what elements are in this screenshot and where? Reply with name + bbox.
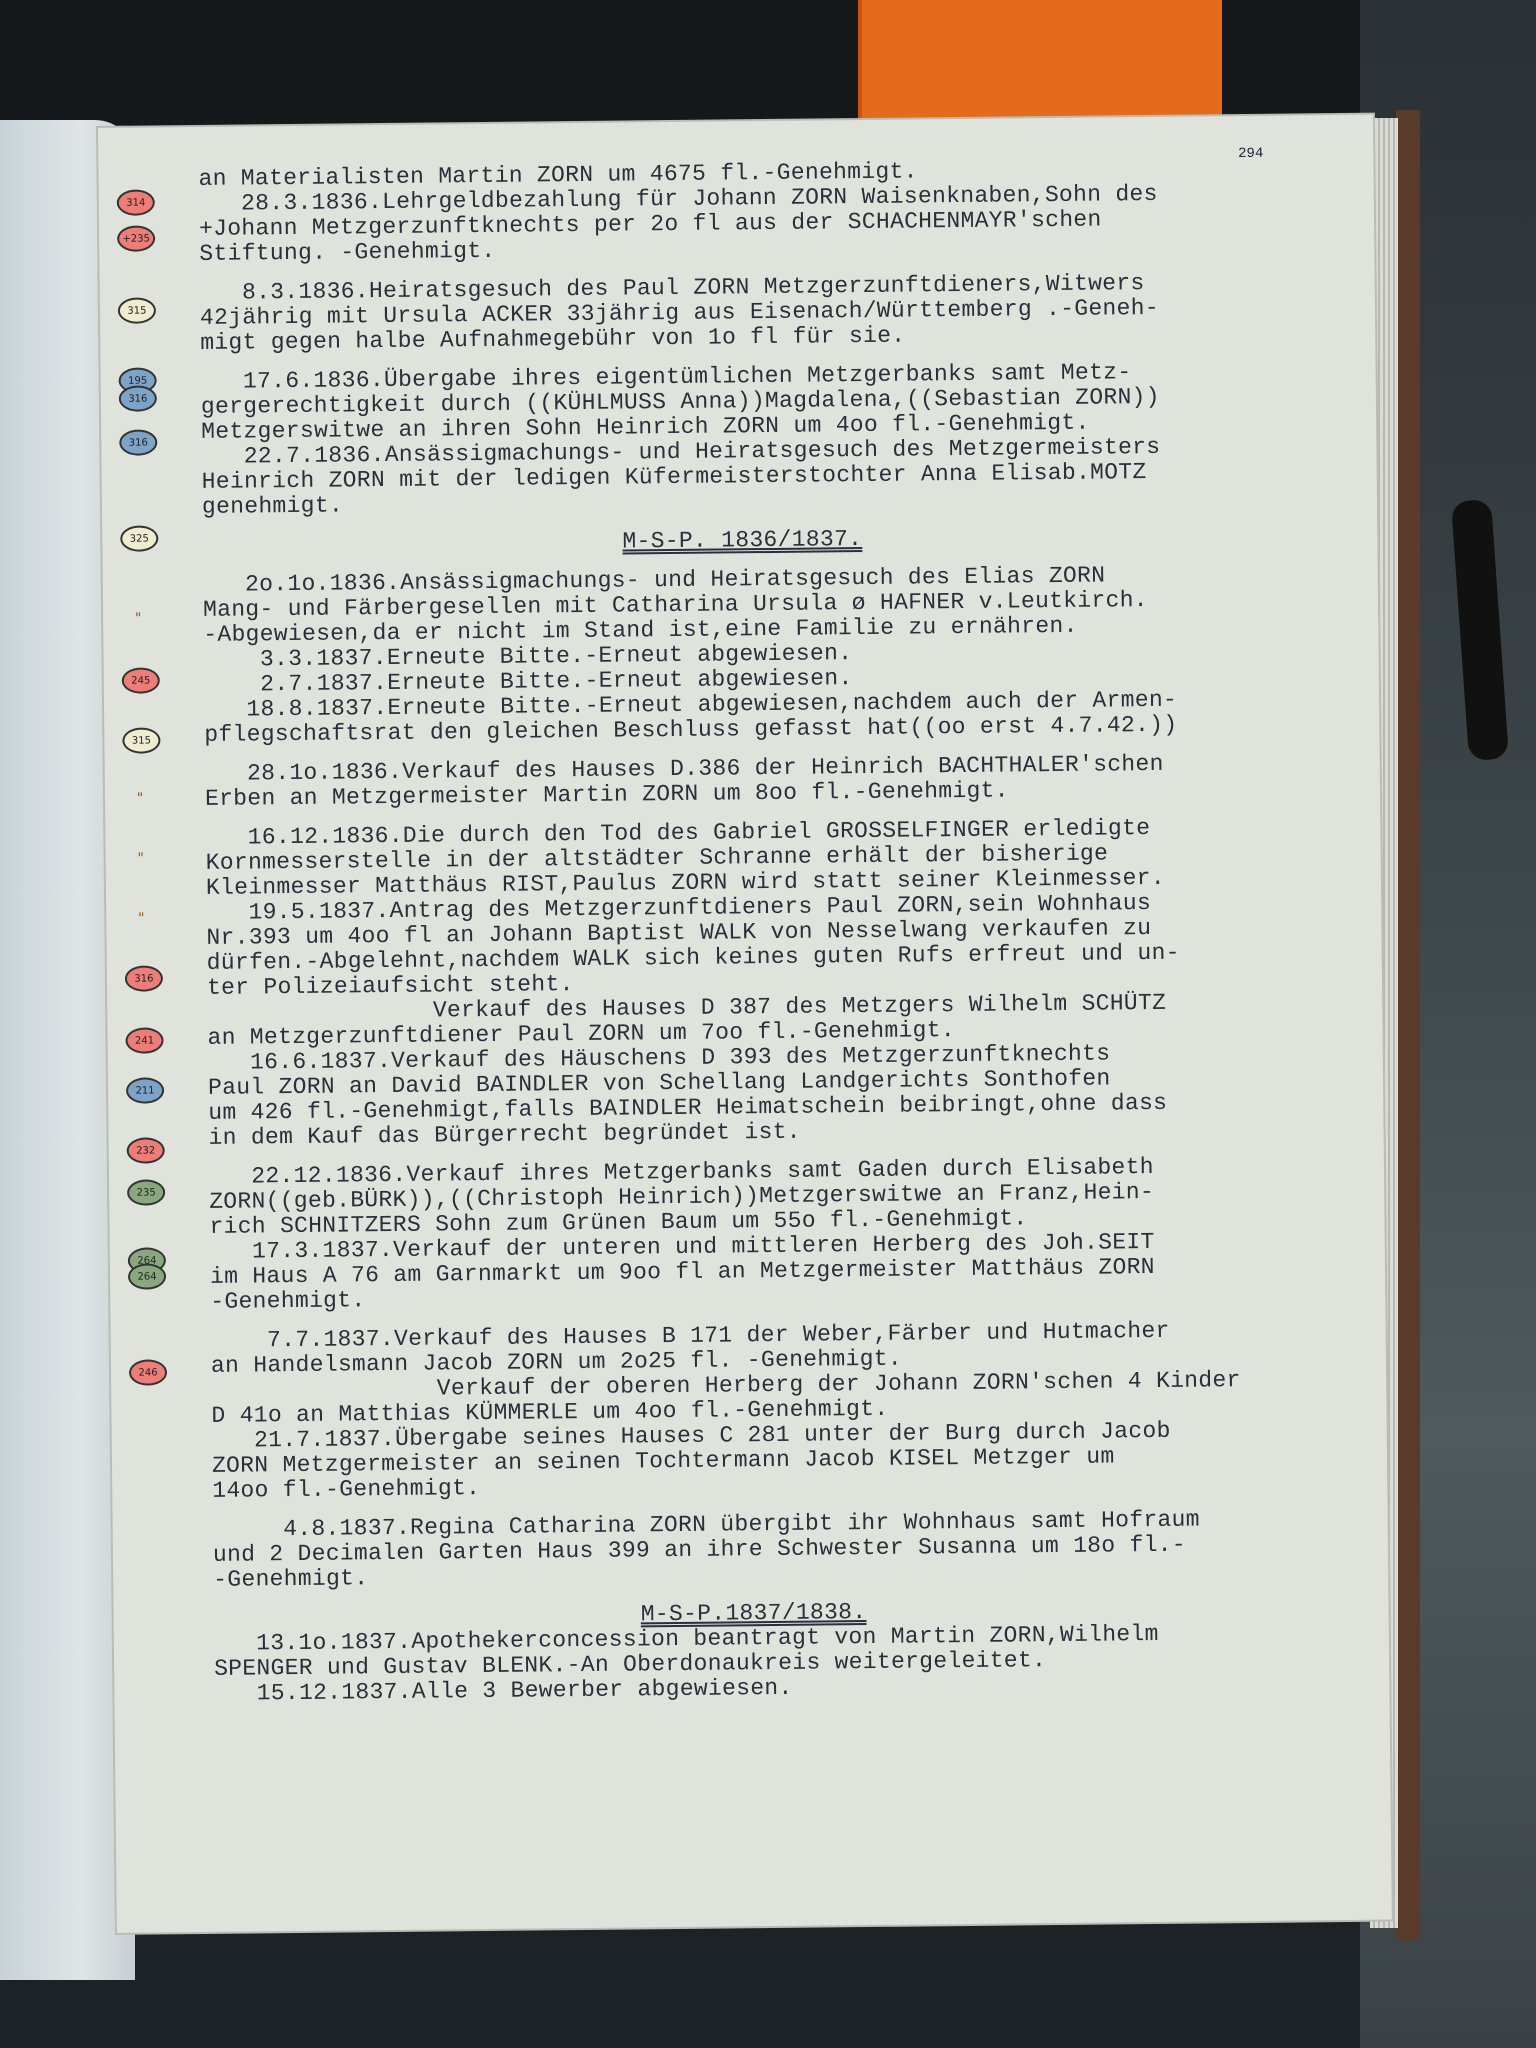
- entries-block-2: 2o.1o.1836.Ansässigmachungs- und Heirats…: [203, 562, 1294, 1593]
- margin-mark: 315: [118, 297, 156, 323]
- margin-mark: ": [124, 907, 158, 929]
- margin-mark: 232: [127, 1137, 165, 1163]
- margin-mark: 316: [119, 385, 157, 411]
- entries-block-3: 13.1o.1837.Apothekerconcession beantragt…: [214, 1621, 1295, 1707]
- background-top: [0, 0, 1536, 130]
- margin-mark: ": [124, 847, 158, 869]
- margin-mark: 235: [127, 1179, 165, 1205]
- margin-mark: 314: [117, 189, 155, 215]
- orange-bookmark-tab: [858, 0, 1222, 130]
- page-body: an Materialisten Martin ZORN um 4675 fl.…: [198, 156, 1294, 1707]
- typed-page: 294 an Materialisten Martin ZORN um 4675…: [98, 115, 1392, 1933]
- margin-mark: 264: [128, 1263, 166, 1289]
- entries-block-1: an Materialisten Martin ZORN um 4675 fl.…: [198, 156, 1282, 520]
- book-cover-edge: [1396, 110, 1420, 1940]
- margin-mark: 316: [125, 965, 163, 991]
- margin-mark: 241: [125, 1027, 163, 1053]
- margin-mark: 211: [126, 1077, 164, 1103]
- margin-mark: 315: [122, 727, 160, 753]
- margin-mark: 325: [120, 525, 158, 551]
- margin-mark: 245: [122, 667, 160, 693]
- margin-mark: 316: [119, 429, 157, 455]
- margin-mark: 246: [129, 1359, 167, 1385]
- margin-mark: +235: [117, 225, 155, 251]
- margin-mark: ": [121, 607, 155, 629]
- margin-mark: ": [123, 787, 157, 809]
